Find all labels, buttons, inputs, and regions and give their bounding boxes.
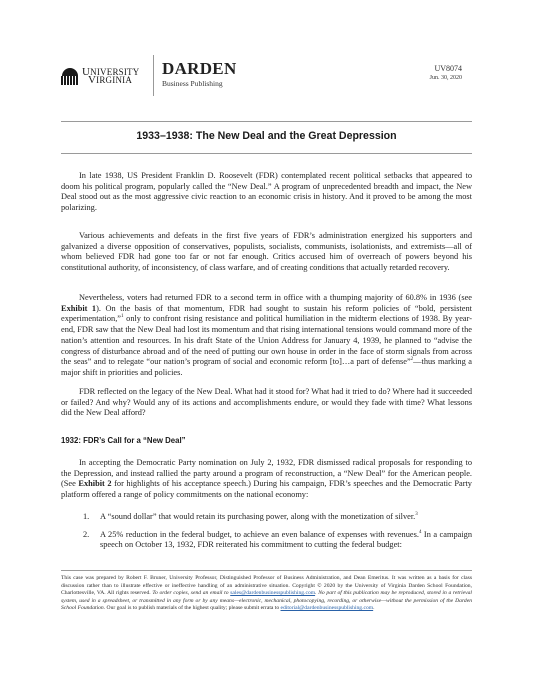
case-identifier: UV8074 Jun. 30, 2020 [430,64,462,82]
uva-wordmark: UNIVERSITY VIRGINIA [82,68,139,84]
list-item: 1.A “sound dollar” that would retain its… [61,512,472,523]
rotunda-icon [61,68,79,85]
document-page: UNIVERSITY VIRGINIA DARDEN Business Publ… [0,0,533,690]
darden-name: DARDEN [162,60,237,77]
paragraph-reflection: FDR reflected on the legacy of the New D… [61,387,472,419]
exhibit-1-reference: Exhibit 1 [61,304,96,313]
page-title: 1933–1938: The New Deal and the Great De… [0,129,533,143]
case-code: UV8074 [430,64,462,74]
exhibit-2-reference: Exhibit 2 [78,479,111,488]
editorial-email-link[interactable]: editorial@dardenbusinesspublishing.com [281,605,374,611]
uva-logo: UNIVERSITY VIRGINIA [61,63,139,89]
footer-rule [61,570,472,571]
paragraph-nevertheless: Nevertheless, voters had returned FDR to… [61,293,472,379]
case-date: Jun. 30, 2020 [430,74,462,82]
sales-email-link[interactable]: sales@dardenbusinesspublishing.com [230,590,315,596]
title-bottom-rule [61,153,472,154]
darden-subtitle: Business Publishing [162,79,237,89]
title-top-rule [61,121,472,122]
list-item: 2.A 25% reduction in the federal budget,… [61,530,472,551]
section-heading: 1932: FDR’s Call for a “New Deal” [61,436,186,446]
footnote-ref-3: 3 [415,512,418,517]
paragraph-nomination: In accepting the Democratic Party nomina… [61,458,472,501]
paragraph-achievements: Various achievements and defeats in the … [61,231,472,274]
paragraph-intro: In late 1938, US President Franklin D. R… [61,171,472,214]
logo-divider [153,55,154,96]
darden-logo: DARDEN Business Publishing [162,60,237,89]
policy-commitments-list: 1.A “sound dollar” that would retain its… [61,512,472,558]
copyright-footnote: This case was prepared by Robert F. Brun… [61,575,472,613]
